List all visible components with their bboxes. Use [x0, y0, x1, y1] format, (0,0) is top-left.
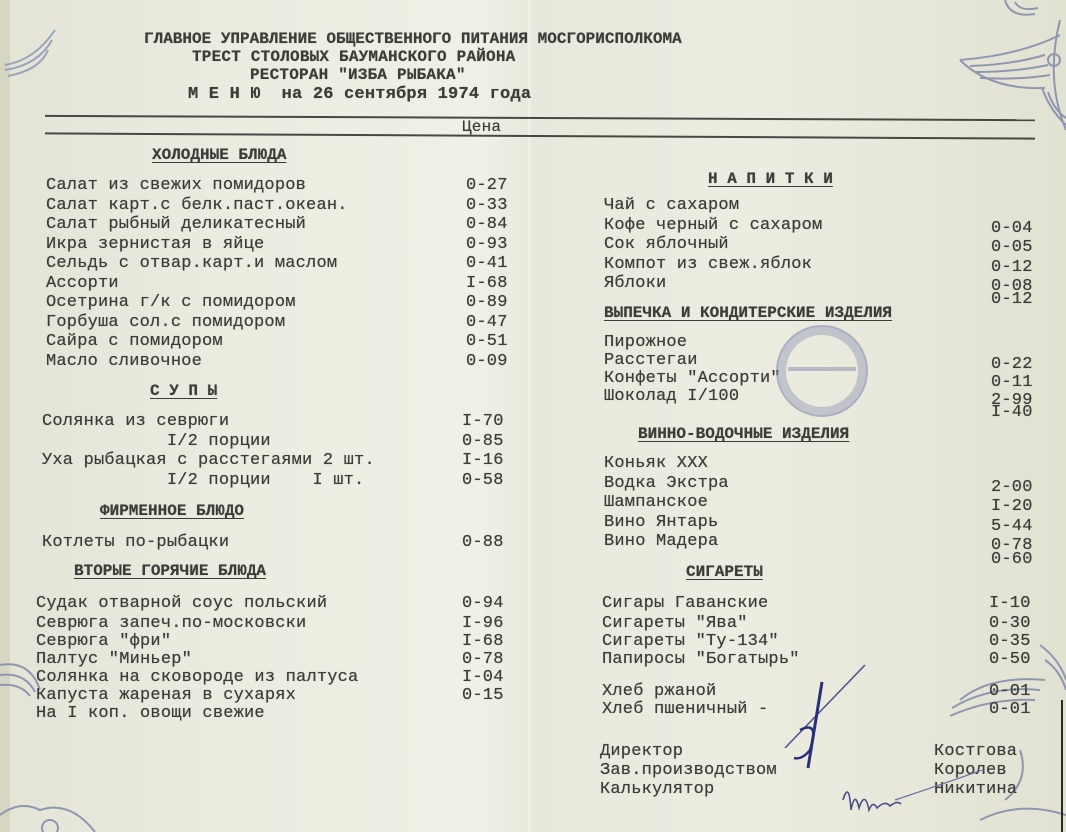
menu-item: АссортиI-68 — [46, 274, 526, 294]
item-price: 0-85 — [462, 432, 504, 452]
menu-item: Сигареты "Ту-134"0-35 — [602, 632, 1042, 650]
menu-item: Капуста жареная в сухарях0-15 — [36, 686, 516, 704]
hot-main-courses-list: Судак отварной соус польский0-94 Севрюга… — [36, 594, 516, 722]
item-price: I-70 — [462, 412, 504, 432]
item-name: Яблоки — [604, 274, 666, 294]
signature-dish-list: Котлеты по-рыбацки0-88 — [42, 533, 522, 553]
menu-item: Солянка из севрюгиI-70 — [42, 412, 522, 432]
organization-title: ГЛАВНОЕ УПРАВЛЕНИЕ ОБЩЕСТВЕННОГО ПИТАНИЯ… — [144, 30, 682, 50]
menu-date: М Е Н Ю на 26 сентября 1974 года — [188, 85, 531, 105]
item-name: Сок яблочный — [604, 235, 729, 255]
item-name: Салат из свежих помидоров — [46, 176, 306, 196]
restaurant-name: РЕСТОРАН "ИЗБА РЫБАКА" — [250, 66, 466, 86]
item-price: 0-60 — [991, 550, 1033, 570]
menu-item: I/2 порции I шт.0-58 — [42, 471, 522, 491]
section-title-pastry: ВЫПЕЧКА И КОНДИТЕРСКИЕ ИЗДЕЛИЯ — [604, 304, 892, 324]
menu-item: Компот из свеж.яблок0-12 — [604, 255, 1044, 275]
item-price: 0-01 — [989, 700, 1031, 720]
soups-list: Солянка из севрюгиI-70 I/2 порции0-85 Ух… — [42, 412, 522, 490]
menu-item: I/2 порции0-85 — [42, 432, 522, 452]
item-price: 0-09 — [466, 352, 508, 372]
item-name: Солянка из севрюги — [42, 412, 229, 432]
item-name: Компот из свеж.яблок — [604, 255, 812, 275]
menu-item: Сигары ГаванскиеI-10 — [602, 594, 1042, 614]
menu-item: Севрюга "фри"I-68 — [36, 632, 516, 650]
menu-item: Сок яблочный0-05 — [604, 235, 1044, 255]
item-name: Коньяк XXX — [604, 454, 708, 474]
fish-decoration-top-left-icon — [0, 20, 70, 90]
item-price: 0-01 — [989, 682, 1031, 702]
item-price: 0-94 — [462, 594, 504, 614]
item-name: Сельдь с отвар.карт.и маслом — [46, 254, 337, 274]
trust-title: ТРЕСТ СТОЛОВЫХ БАУМАНСКОГО РАЙОНА — [192, 48, 515, 68]
round-stamp-icon — [776, 325, 868, 417]
item-price: 0-35 — [989, 632, 1031, 652]
item-price: I-68 — [462, 632, 504, 652]
menu-item: Яблоки0-08 — [604, 274, 1044, 294]
menu-item: Вино Мадера0-78 — [604, 532, 1044, 552]
item-name: Севрюга "фри" — [36, 632, 171, 652]
menu-item: Сигареты "Ява"0-30 — [602, 614, 1042, 632]
stamp-text-line — [788, 367, 856, 371]
menu-item: Горбуша сол.с помидором0-47 — [46, 313, 526, 333]
item-name: Салат рыбный деликатесный — [46, 215, 306, 235]
item-price: I-10 — [989, 594, 1031, 614]
item-name: I/2 порции I шт. — [42, 471, 364, 491]
item-name: Капуста жареная в сухарях — [36, 686, 296, 706]
item-price: I-04 — [462, 668, 504, 688]
item-name: Котлеты по-рыбацки — [42, 533, 229, 553]
item-price: 0-89 — [466, 293, 508, 313]
item-name: Севрюга запеч.по-московски — [36, 614, 306, 634]
section-title-signature-dish: ФИРМЕННОЕ БЛЮДО — [100, 502, 244, 522]
item-name: Икра зернистая в яйце — [46, 235, 264, 255]
item-price: 0-15 — [462, 686, 504, 706]
item-name: Горбуша сол.с помидором — [46, 313, 285, 333]
menu-item: Вино Янтарь5-44 — [604, 513, 1044, 533]
section-title-wine-vodka: ВИННО-ВОДОЧНЫЕ ИЗДЕЛИЯ — [638, 425, 849, 445]
item-price: 0-84 — [466, 215, 508, 235]
item-name: Конфеты "Ассорти" — [604, 369, 781, 389]
item-price: 0-12 — [991, 290, 1033, 310]
menu-item: ШампанскоеI-20 — [604, 493, 1044, 513]
section-title-hot-main-courses: ВТОРЫЕ ГОРЯЧИЕ БЛЮДА — [74, 562, 266, 582]
item-name: Салат карт.с белк.паст.океан. — [46, 196, 348, 216]
header-rule-bottom — [45, 132, 1035, 139]
item-name: Уха рыбацкая с расстегаями 2 шт. — [42, 451, 375, 471]
item-name: Сигареты "Ту-134" — [602, 632, 779, 652]
item-price: 0-41 — [466, 254, 508, 274]
menu-item: Икра зернистая в яйце0-93 — [46, 235, 526, 255]
item-name: Хлеб пшеничный - — [602, 700, 768, 720]
item-name: Шоколад I/100 — [604, 387, 739, 407]
item-name: Сигареты "Ява" — [602, 614, 748, 634]
item-price: 0-33 — [466, 196, 508, 216]
item-name: Вино Мадера — [604, 532, 718, 552]
item-name: Хлеб ржаной — [602, 682, 716, 702]
menu-item: Севрюга запеч.по-московскиI-96 — [36, 614, 516, 632]
item-price: 0-47 — [466, 313, 508, 333]
header-rule-top — [45, 115, 1035, 121]
item-price: 0-78 — [462, 650, 504, 670]
menu-item: Палтус "Миньер"0-78 — [36, 650, 516, 668]
item-name: Чай с сахаром — [604, 196, 739, 216]
menu-item: Судак отварной соус польский0-94 — [36, 594, 516, 614]
item-name: Пирожное — [604, 333, 687, 353]
menu-item: Котлеты по-рыбацки0-88 — [42, 533, 522, 553]
item-price: 0-30 — [989, 614, 1031, 634]
name-director: Костгова — [934, 742, 1017, 762]
item-name: Шампанское — [604, 493, 708, 513]
item-price: I-40 — [991, 403, 1033, 423]
section-title-drinks: Н А П И Т К И — [708, 170, 833, 190]
item-price: I-96 — [462, 614, 504, 634]
item-price: I-16 — [462, 451, 504, 471]
menu-item: Уха рыбацкая с расстегаями 2 шт.I-16 — [42, 451, 522, 471]
menu-item: Салат из свежих помидоров0-27 — [46, 176, 526, 196]
item-price: 0-58 — [462, 471, 504, 491]
role-director: Директор — [600, 742, 683, 762]
menu-item: Сайра с помидором0-51 — [46, 332, 526, 352]
menu-item: Салат карт.с белк.паст.океан.0-33 — [46, 196, 526, 216]
item-price: 0-88 — [462, 533, 504, 553]
item-name: Сайра с помидором — [46, 332, 223, 352]
item-name: Расстегаи — [604, 351, 698, 371]
menu-item: Салат рыбный деликатесный0-84 — [46, 215, 526, 235]
menu-item: Масло сливочное0-09 — [46, 352, 526, 372]
item-name: Папиросы "Богатырь" — [602, 650, 800, 670]
menu-item: Коньяк XXX — [604, 454, 1044, 474]
paper-fold — [528, 0, 531, 832]
role-production-manager: Зав.производством — [600, 761, 777, 781]
item-name: Кофе черный с сахаром — [604, 216, 822, 236]
item-name: Судак отварной соус польский — [36, 594, 327, 614]
item-name: Солянка на сковороде из палтуса — [36, 668, 358, 688]
item-price: I-68 — [466, 274, 508, 294]
role-calculator: Калькулятор — [600, 780, 714, 800]
item-price: 0-27 — [466, 176, 508, 196]
item-price: 0-50 — [989, 650, 1031, 670]
drinks-list: Чай с сахаром Кофе черный с сахаром0-04 … — [604, 196, 1044, 306]
paper-edge — [0, 0, 10, 832]
menu-item: Кофе черный с сахаром0-04 — [604, 216, 1044, 236]
wine-vodka-list: Коньяк XXX Водка Экстра2-00 ШампанскоеI-… — [604, 454, 1044, 564]
menu-item: Сельдь с отвар.карт.и маслом0-41 — [46, 254, 526, 274]
item-name: Палтус "Миньер" — [36, 650, 192, 670]
fish-decoration-top-right-icon — [950, 0, 1066, 135]
menu-item: 0-60 — [604, 552, 1044, 564]
cold-dishes-list: Салат из свежих помидоров0-27 Салат карт… — [46, 176, 526, 371]
item-name: Сигары Гаванские — [602, 594, 768, 614]
menu-item: Осетрина г/к с помидором0-89 — [46, 293, 526, 313]
section-title-soups: С У П Ы — [150, 382, 217, 402]
menu-item: Водка Экстра2-00 — [604, 474, 1044, 494]
menu-item: Чай с сахаром — [604, 196, 1044, 216]
director-signature-icon — [780, 650, 880, 770]
item-name: Вино Янтарь — [604, 513, 718, 533]
item-name: Ассорти — [46, 274, 119, 294]
menu-item: На I коп. овощи свежие — [36, 704, 516, 722]
item-price: 0-51 — [466, 332, 508, 352]
item-name: Осетрина г/к с помидором — [46, 293, 296, 313]
item-price: 0-93 — [466, 235, 508, 255]
calculator-signature-icon — [835, 770, 1015, 832]
menu-item: Солянка на сковороде из палтусаI-04 — [36, 668, 516, 686]
item-name: На I коп. овощи свежие — [36, 704, 265, 724]
section-title-cigarettes: СИГАРЕТЫ — [686, 563, 763, 583]
section-title-cold-dishes: ХОЛОДНЫЕ БЛЮДА — [152, 146, 286, 166]
item-name: I/2 порции — [42, 432, 271, 452]
item-name: Масло сливочное — [46, 352, 202, 372]
item-name: Водка Экстра — [604, 474, 729, 494]
